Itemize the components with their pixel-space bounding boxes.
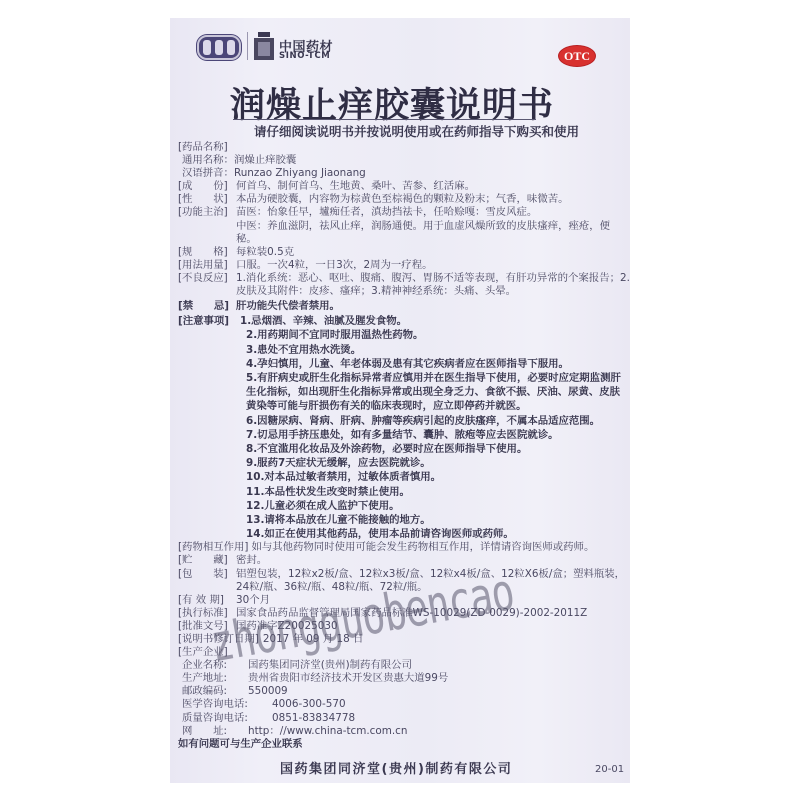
- specification-value: 每粒装0.5克: [236, 246, 630, 259]
- postal-code: 550009: [248, 685, 630, 698]
- company-name: 国药集团同济堂(贵州)制药有限公司: [248, 659, 630, 672]
- precaution-item: 9.服药7天症状无缓解，应去医院就诊。: [246, 456, 630, 470]
- company-address: 贵州省贵阳市经济技术开发区贵惠大道99号: [248, 672, 630, 685]
- field-label: 邮政编码:: [182, 685, 248, 698]
- quality-phone: 0851-83834778: [272, 712, 630, 725]
- medical-phone: 4006-300-570: [272, 698, 630, 711]
- section-label: [规 格]: [178, 246, 236, 259]
- brand-name-en: SINO-TCM: [279, 51, 330, 61]
- field-label: 医学咨询电话:: [182, 698, 272, 711]
- section-label: [贮 藏]: [178, 554, 236, 567]
- adverse-value: 1.消化系统：恶心、呕吐、腹痛、腹泻、胃肠不适等表现，有肝功异常的个案报告；2.…: [236, 272, 630, 298]
- storage-value: 密封。: [236, 554, 630, 567]
- section-label: [包 装]: [178, 568, 236, 594]
- precaution-item: 13.请将本品放在儿童不能接触的地方。: [246, 513, 630, 527]
- precaution-item: 2.用药期间不宜同时服用温热性药物。: [246, 328, 630, 342]
- precaution-item: 1.忌烟酒、辛辣、油腻及腥发食物。: [236, 315, 630, 328]
- section-label: [成 份]: [178, 180, 236, 193]
- generic-name: 润燥止痒胶囊: [234, 154, 630, 167]
- manufacturer-info: 企业名称:国药集团同济堂(贵州)制药有限公司 生产地址:贵州省贵阳市经济技术开发…: [178, 659, 630, 738]
- section-label: [注意事项]: [178, 315, 236, 328]
- logo-divider: [247, 32, 248, 60]
- section-label: [禁 忌]: [178, 300, 236, 313]
- precaution-item: 10.对本品过敏者禁用，过敏体质者慎用。: [246, 470, 630, 484]
- ingredients-value: 何首乌、制何首乌、生地黄、桑叶、苦参、红活麻。: [236, 180, 630, 193]
- properties-value: 本品为硬胶囊，内容物为棕黄色至棕褐色的颗粒及粉末；气香，味微苦。: [236, 193, 630, 206]
- dosage-value: 口服。一次4粒，一日3次，2周为一疗程。: [236, 259, 630, 272]
- sino-tcm-logo-icon: [254, 32, 274, 60]
- field-label: 通用名称：: [182, 154, 234, 167]
- indications-miao: 苗医：怡象任早，壚痴任者，滇劫挡祛卡，任哈赊嘎：雪皮风症。: [236, 206, 630, 219]
- interactions-value: 如与其他药物同时使用可能会发生药物相互作用，详情请咨询医师或药师。: [251, 541, 630, 554]
- subtitle: 请仔细阅读说明书并按说明使用或在药师指导下购买和使用: [254, 122, 579, 140]
- section-label: [不良反应]: [178, 272, 236, 298]
- field-label: 质量咨询电话:: [182, 712, 272, 725]
- contact-note: 如有问题可与生产企业联系: [178, 738, 630, 751]
- section-label: [药物相互作用]: [178, 541, 251, 554]
- field-label: 生产地址:: [182, 672, 248, 685]
- section-label: [功能主治]: [178, 206, 236, 219]
- section-label: [有 效 期]: [178, 594, 236, 607]
- precaution-item: 7.切忌用手挤压患处，如有多量结节、囊肿、脓疱等应去医院就诊。: [246, 428, 630, 442]
- website: http：//www.china-tcm.com.cn: [248, 725, 630, 738]
- field-label: 网 址:: [182, 725, 248, 738]
- tongjitang-logo-icon: [197, 35, 241, 60]
- field-label: 汉语拼音：: [182, 167, 234, 180]
- precaution-item: 4.孕妇慎用，儿童、年老体弱及患有其它疾病者应在医师指导下服用。: [246, 357, 630, 371]
- pinyin-name: Runzao Zhiyang Jiaonang: [234, 167, 630, 180]
- print-code: 20-01: [595, 764, 624, 775]
- precautions-list: 2.用药期间不宜同时服用温热性药物。 3.患处不宜用热水洗烫。 4.孕妇慎用，儿…: [178, 328, 630, 541]
- indications-zhong: 中医：养血滋阴，祛风止痒，润肠通便。用于血虚风燥所致的皮肤瘙痒，痤疮，便秘。: [236, 220, 630, 246]
- section-label: [用法用量]: [178, 259, 236, 272]
- precaution-item: 5.有肝病史或肝生化指标异常者应慎用并在医生指导下使用，必要时应定期监测肝生化指…: [246, 371, 630, 414]
- section-label: [性 状]: [178, 193, 236, 206]
- precaution-item: 12.儿童必须在成人监护下使用。: [246, 499, 630, 513]
- contraindications-value: 肝功能失代偿者禁用。: [236, 300, 630, 313]
- section-label: [药品名称]: [178, 141, 228, 154]
- precaution-item: 11.本品性状发生改变时禁止使用。: [246, 485, 630, 499]
- page-title: 润燥止痒胶囊说明书: [230, 78, 550, 128]
- precaution-item: 3.患处不宜用热水洗烫。: [246, 343, 630, 357]
- precaution-item: 6.因糖尿病、肾病、肝病、肿瘤等疾病引起的皮肤瘙痒，不属本品适应范围。: [246, 414, 630, 428]
- title-underline: [233, 119, 536, 120]
- footer-company: 国药集团同济堂(贵州)制药有限公司: [280, 758, 512, 777]
- precaution-item: 8.不宜滥用化妆品及外涂药物，必要时应在医师指导下使用。: [246, 442, 630, 456]
- precaution-item: 14.如正在使用其他药品，使用本品前请咨询医师或药师。: [246, 527, 630, 541]
- otc-badge: OTC: [558, 45, 596, 67]
